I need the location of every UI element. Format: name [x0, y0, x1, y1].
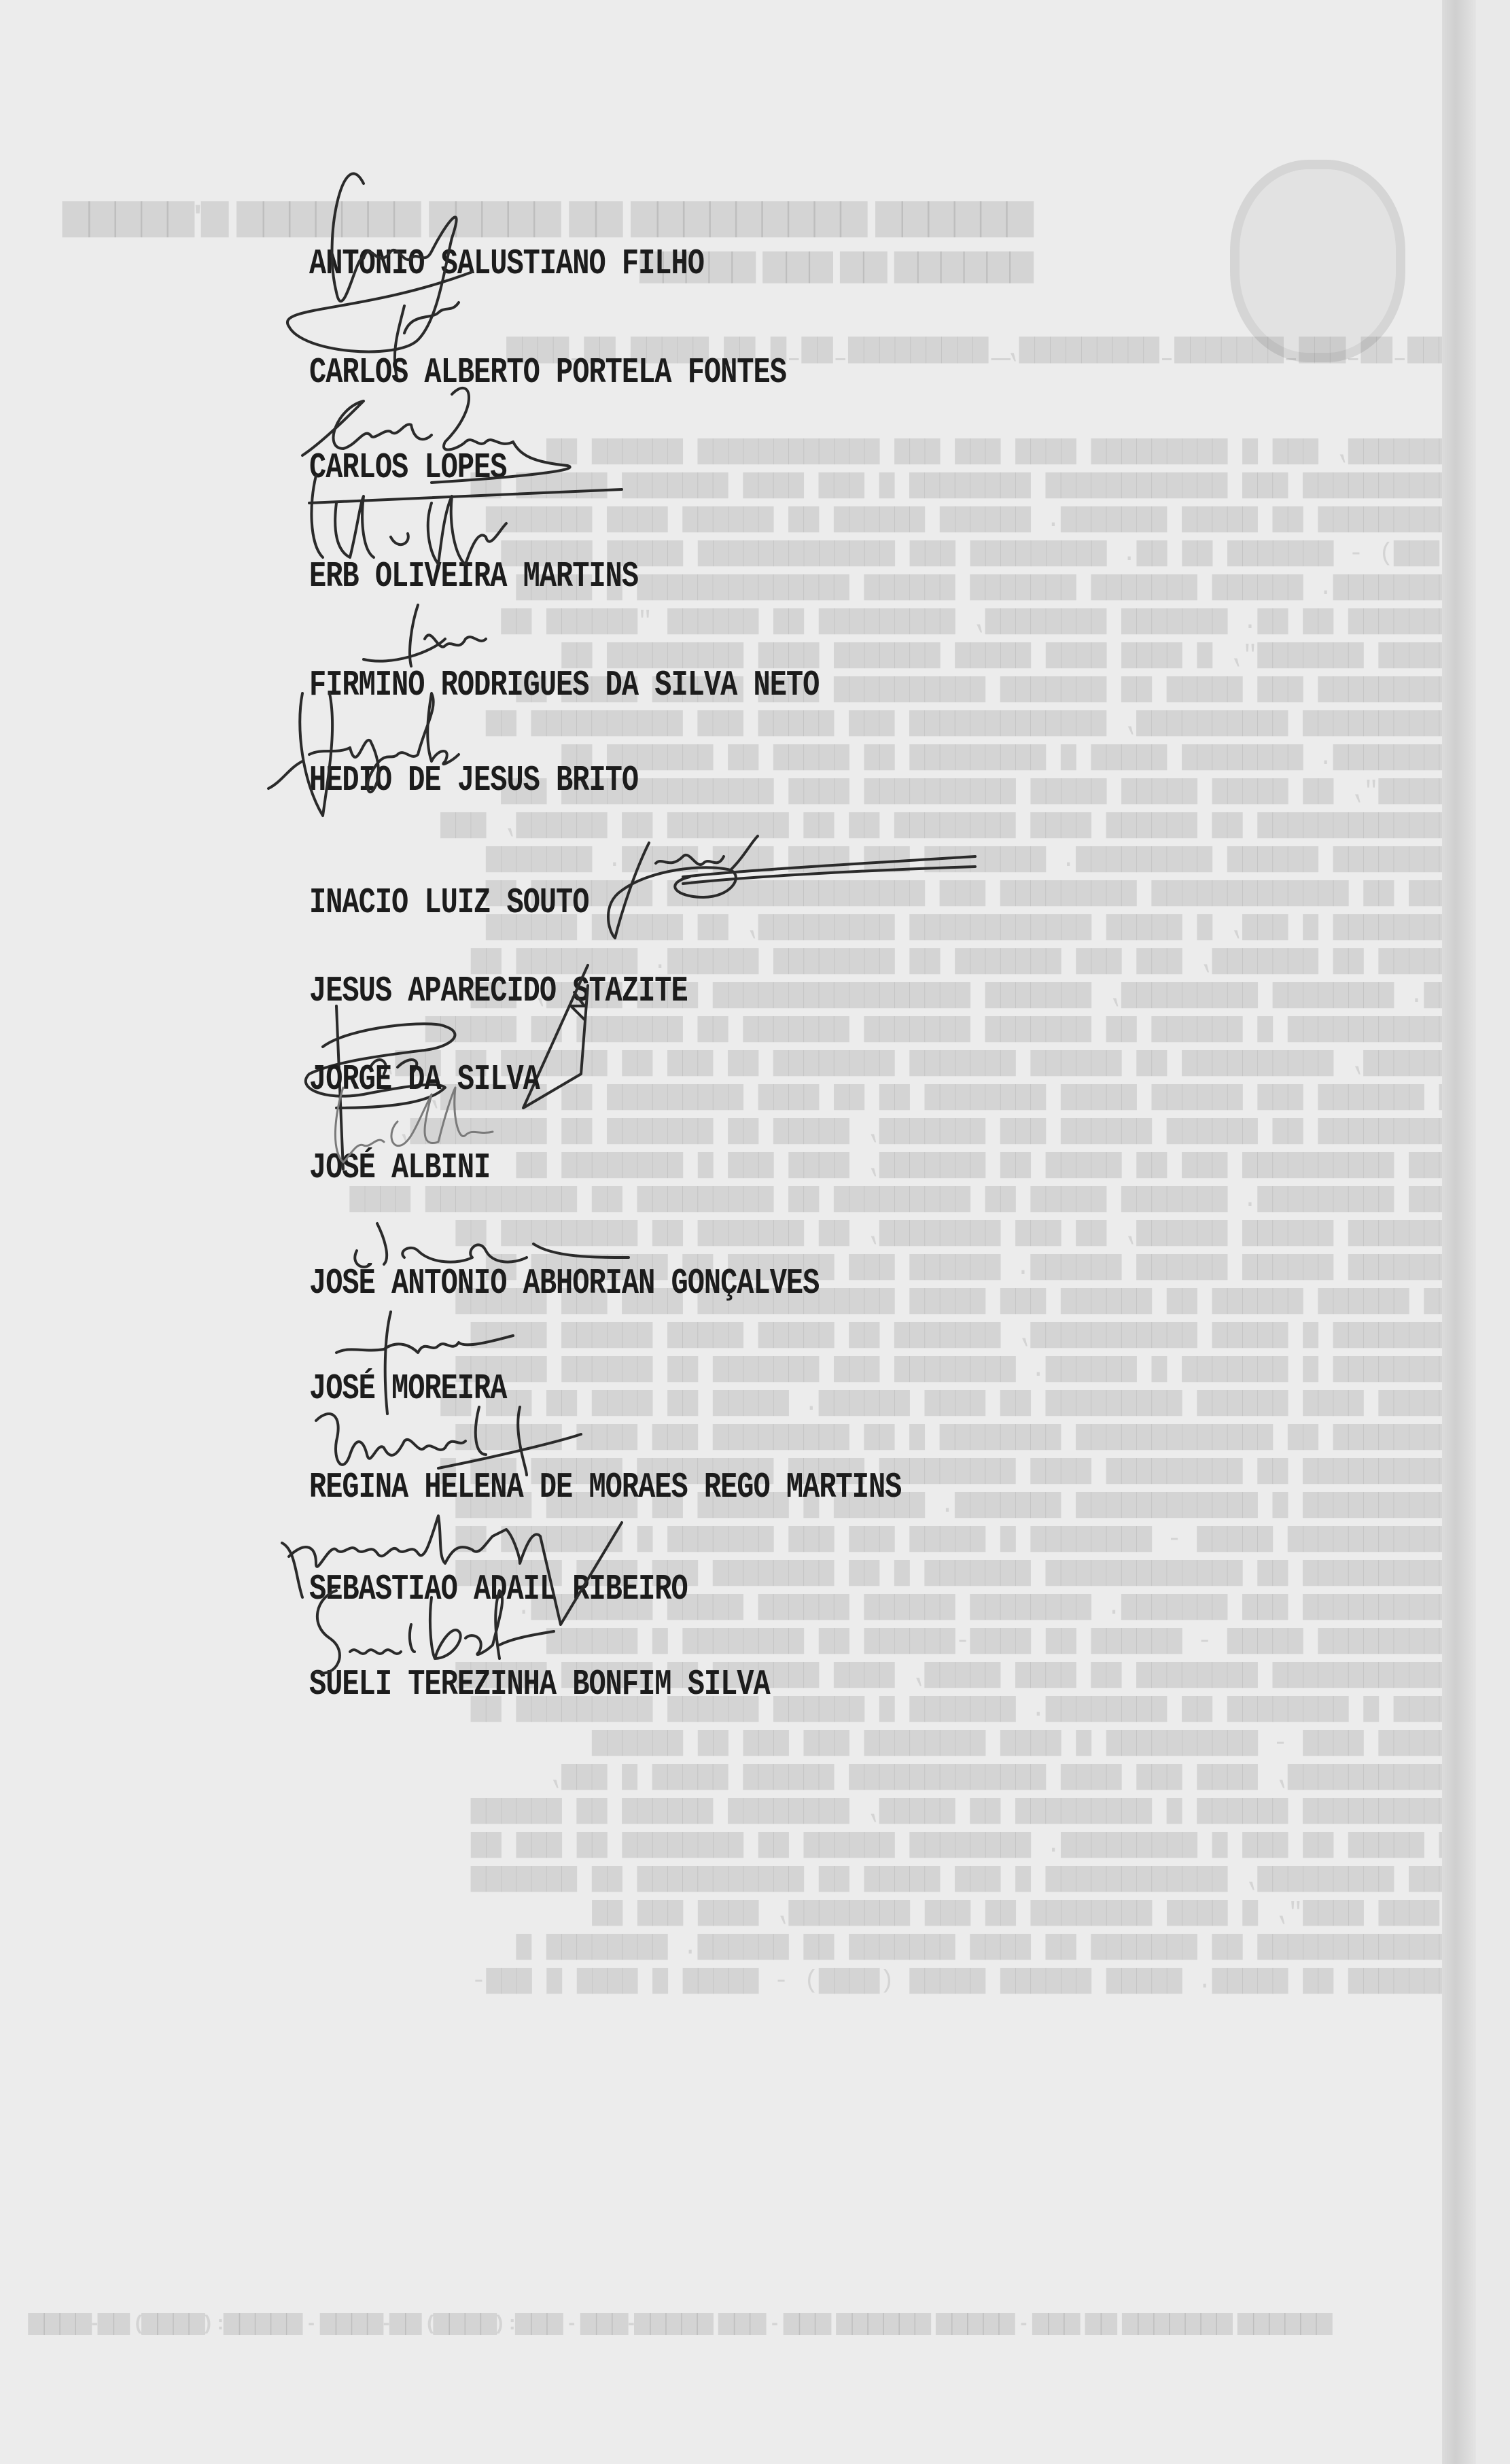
signatory-name: SEBASTIAO ADAIL RIBEIRO	[309, 1569, 688, 1610]
signatory-name: JORGE DA SILVA	[309, 1059, 540, 1100]
signatory-name: ANTONIO SALUSTIANO FILHO	[309, 243, 704, 284]
signatory-row: SUELI TEREZINHA BONFIM SILVA	[309, 1672, 770, 1705]
signatory-row: ANTONIO SALUSTIANO FILHO	[309, 251, 704, 284]
signatory-row: FIRMINO RODRIGUES DA SILVA NETO	[309, 673, 819, 706]
signatory-name: REGINA HELENA DE MORAES REGO MARTINS	[309, 1467, 901, 1508]
signatory-row: REGINA HELENA DE MORAES REGO MARTINS	[309, 1475, 901, 1508]
signatory-name: JOSÉ ANTONIO ABHORIAN GONÇALVES	[309, 1263, 819, 1304]
signatory-name: ERB OLIVEIRA MARTINS	[309, 556, 638, 597]
signatory-row: CARLOS ALBERTO PORTELA FONTES	[309, 360, 786, 393]
scan-edge-shadow	[1442, 0, 1476, 2464]
signatory-row: JOSÉ ANTONIO ABHORIAN GONÇALVES	[309, 1271, 819, 1304]
signatory-row: INACIO LUIZ SOUTO	[309, 890, 589, 923]
signatory-row: ERB OLIVEIRA MARTINS	[309, 564, 638, 597]
bleed-header: ▇▇▇▇▇▇ ▇▇▇▇▇▇▇▇▇ ▇▇ ▇▇▇▇▇ ▇▇▇▇▇▇▇ ▇'▇▇▇▇…	[63, 197, 1033, 237]
signatory-name: HEDIO DE JESUS BRITO	[309, 760, 638, 801]
signatory-row: JOSÉ ALBINI	[309, 1156, 490, 1188]
signatory-name: CARLOS ALBERTO PORTELA FONTES	[309, 352, 786, 393]
signatory-name: JOSÉ ALBINI	[309, 1147, 490, 1188]
document-page: ▇▇▇▇▇▇ ▇▇▇▇▇▇▇▇▇ ▇▇ ▇▇▇▇▇ ▇▇▇▇▇▇▇ ▇'▇▇▇▇…	[0, 0, 1476, 2464]
signatory-row: JORGE DA SILVA	[309, 1067, 540, 1100]
signatory-name: JOSÉ MOREIRA	[309, 1368, 506, 1409]
crest-icon	[1230, 160, 1405, 362]
signatory-row: SEBASTIAO ADAIL RIBEIRO	[309, 1577, 688, 1610]
signatory-name: SUELI TEREZINHA BONFIM SILVA	[309, 1664, 770, 1705]
signatory-name: INACIO LUIZ SOUTO	[309, 882, 589, 923]
signatory-row: CARLOS LOPES	[309, 455, 506, 488]
signatory-name: JESUS APARECIDO STAZITE	[309, 971, 688, 1011]
signatory-name: FIRMINO RODRIGUES DA SILVA NETO	[309, 665, 819, 706]
signatory-row: HEDIO DE JESUS BRITO	[309, 768, 638, 801]
signatory-row: JOSÉ MOREIRA	[309, 1376, 506, 1409]
signatory-row: JESUS APARECIDO STAZITE	[309, 979, 688, 1011]
signatory-name: CARLOS LOPES	[309, 447, 506, 488]
signature-mark	[595, 829, 975, 952]
bleed-footer: ▇▇▇▇▇▇ ▇▇▇▇▇▇▇ ▇▇ ▇▇▇ - ▇▇▇▇▇ ▇▇▇▇▇▇ ▇▇▇…	[29, 2311, 1332, 2335]
